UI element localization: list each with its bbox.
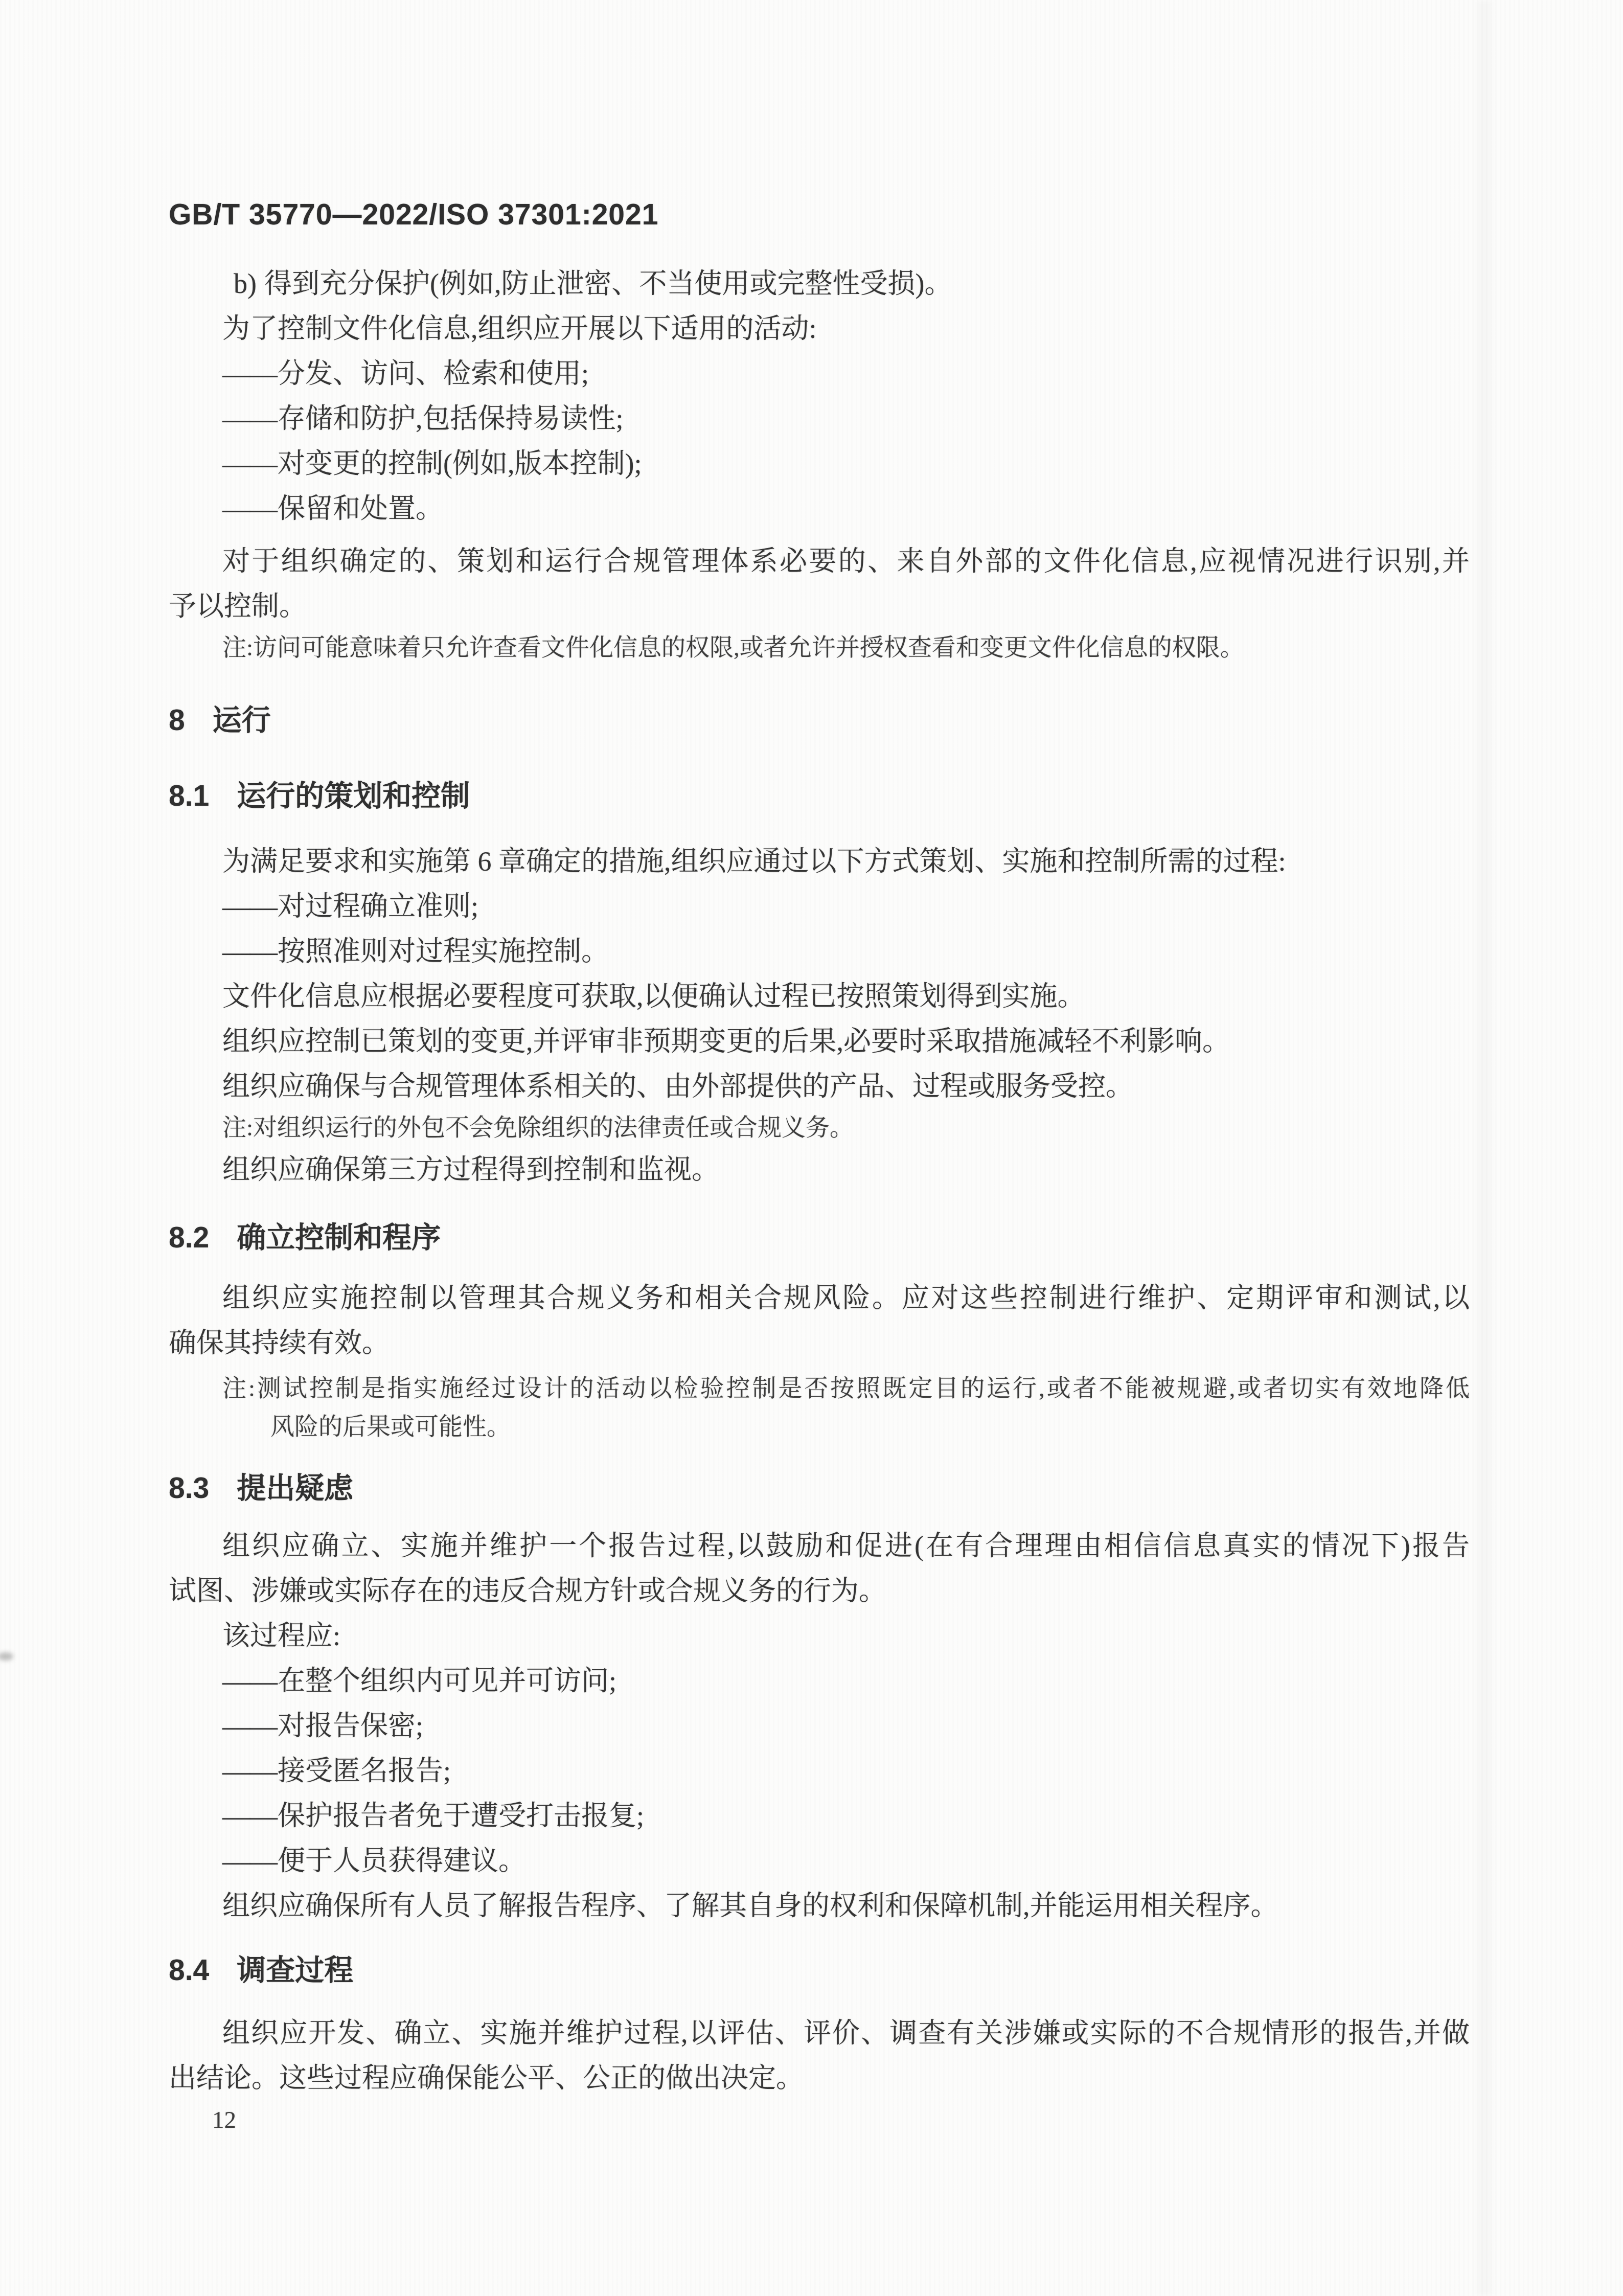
- paragraph-external-info-line1: 对于组织确定的、策划和运行合规管理体系必要的、来自外部的文件化信息,应视情况进行…: [169, 539, 1470, 584]
- section-number: 8.1: [169, 780, 209, 812]
- paragraph-84-line2: 出结论。这些过程应确保能公平、公正的做出决定。: [169, 2056, 1470, 2101]
- note-testing-line2: 风险的后果或可能性。: [169, 1408, 1470, 1446]
- section-heading-8-2: 8.2确立控制和程序: [169, 1215, 1470, 1260]
- dash-item: ——对过程确立准则;: [169, 884, 1470, 929]
- paragraph-81-p3: 组织应确保与合规管理体系相关的、由外部提供的产品、过程或服务受控。: [169, 1064, 1470, 1109]
- dash-item: ——保留和处置。: [169, 486, 1470, 531]
- dash-item: ——对报告保密;: [169, 1703, 1470, 1748]
- section-number: 8: [169, 704, 185, 737]
- dash-item: ——对变更的控制(例如,版本控制);: [169, 441, 1470, 486]
- page-content: GB/T 35770—2022/ISO 37301:2021 b)得到充分保护(…: [0, 0, 1623, 2140]
- paragraph-83-p3: 组织应确保所有人员了解报告程序、了解其自身的权利和保障机制,并能运用相关程序。: [169, 1883, 1470, 1928]
- page-number: 12: [212, 2101, 1470, 2140]
- dash-item: ——便于人员获得建议。: [169, 1838, 1470, 1883]
- note-access: 注:访问可能意味着只允许查看文件化信息的权限,或者允许并授权查看和变更文件化信息…: [169, 629, 1470, 667]
- item-b-label: b): [222, 261, 234, 306]
- section-number: 8.4: [169, 1954, 209, 1987]
- section-title: 调查过程: [237, 1954, 353, 1987]
- section-number: 8.3: [169, 1472, 209, 1505]
- dash-item: ——存储和防护,包括保持易读性;: [169, 396, 1470, 441]
- paragraph-81-p4: 组织应确保第三方过程得到控制和监视。: [169, 1147, 1470, 1192]
- paragraph-83-line1: 组织应确立、实施并维护一个报告过程,以鼓励和促进(在有合理理由相信信息真实的情况…: [169, 1524, 1470, 1568]
- note-testing-line1: 注:测试控制是指实施经过设计的活动以检验控制是否按照既定目的运行,或者不能被规避…: [169, 1370, 1470, 1408]
- paragraph-external-info-line2: 予以控制。: [169, 584, 1470, 629]
- paragraph-82-line2: 确保其持续有效。: [169, 1321, 1470, 1366]
- section-heading-8-4: 8.4调查过程: [169, 1948, 1470, 1993]
- section-title: 运行的策划和控制: [237, 780, 470, 812]
- section-heading-8-1: 8.1运行的策划和控制: [169, 774, 1470, 819]
- paragraph-82-line1: 组织应实施控制以管理其合规义务和相关合规风险。应对这些控制进行维护、定期评审和测…: [169, 1276, 1470, 1321]
- paragraph-84-line1: 组织应开发、确立、实施并维护过程,以评估、评价、调查有关涉嫌或实际的不合规情形的…: [169, 2011, 1470, 2056]
- paragraph-81-intro: 为满足要求和实施第 6 章确定的措施,组织应通过以下方式策划、实施和控制所需的过…: [169, 839, 1470, 884]
- section-title: 运行: [213, 704, 271, 737]
- dash-item: ——保护报告者免于遭受打击报复;: [169, 1793, 1470, 1838]
- section-heading-8: 8运行: [169, 698, 1470, 743]
- dash-item: ——按照准则对过程实施控制。: [169, 929, 1470, 974]
- standard-code-header: GB/T 35770—2022/ISO 37301:2021: [169, 192, 1470, 237]
- section-title: 提出疑虑: [237, 1472, 353, 1505]
- note-outsourcing: 注:对组织运行的外包不会免除组织的法律责任或合规义务。: [169, 1109, 1470, 1147]
- item-b-text: 得到充分保护(例如,防止泄密、不当使用或完整性受损)。: [264, 268, 952, 299]
- paragraph-83-line2: 试图、涉嫌或实际存在的违反合规方针或合规义务的行为。: [169, 1568, 1470, 1613]
- section-heading-8-3: 8.3提出疑虑: [169, 1466, 1470, 1511]
- scanned-document-page: GB/T 35770—2022/ISO 37301:2021 b)得到充分保护(…: [0, 0, 1623, 2296]
- paragraph-83-p2: 该过程应:: [169, 1613, 1470, 1658]
- paragraph-81-p1: 文件化信息应根据必要程度可获取,以便确认过程已按照策划得到实施。: [169, 974, 1470, 1019]
- paragraph-control-intro: 为了控制文件化信息,组织应开展以下适用的活动:: [169, 306, 1470, 351]
- list-item-b: b)得到充分保护(例如,防止泄密、不当使用或完整性受损)。: [169, 261, 1470, 306]
- section-number: 8.2: [169, 1221, 209, 1254]
- paragraph-81-p2: 组织应控制已策划的变更,并评审非预期变更的后果,必要时采取措施减轻不利影响。: [169, 1019, 1470, 1064]
- dash-item: ——分发、访问、检索和使用;: [169, 351, 1470, 396]
- dash-item: ——接受匿名报告;: [169, 1748, 1470, 1793]
- section-title: 确立控制和程序: [237, 1221, 441, 1254]
- dash-item: ——在整个组织内可见并可访问;: [169, 1658, 1470, 1703]
